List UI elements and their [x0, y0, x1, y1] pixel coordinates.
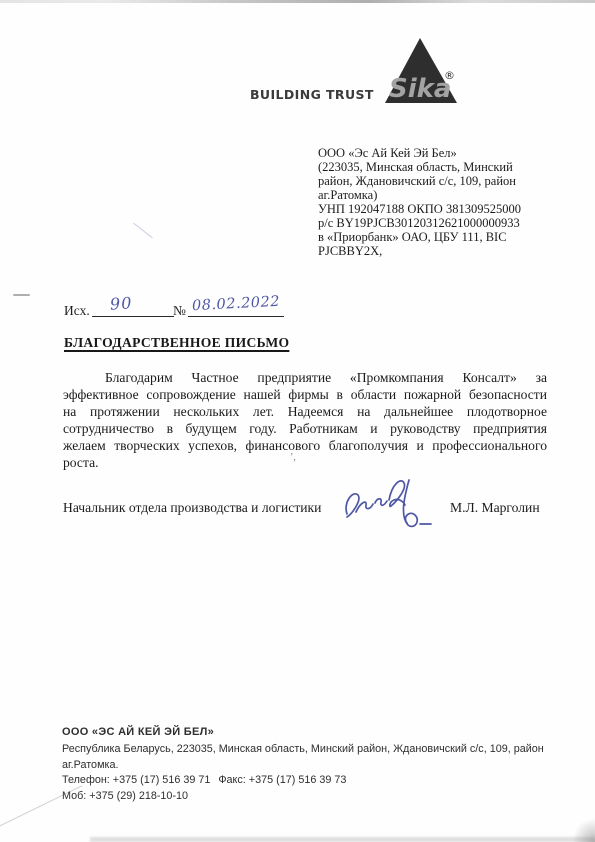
- footer-company-name: ООО «ЭС АЙ КЕЙ ЭЙ БЕЛ»: [62, 726, 562, 738]
- scan-bottom-edge-artifact: [90, 837, 595, 842]
- footer-phone: Телефон: +375 (17) 516 39 71: [62, 774, 210, 786]
- footer-phone-fax-line: Телефон: +375 (17) 516 39 71Факс: +375 (…: [62, 773, 562, 789]
- letter-title: БЛАГОДАРСТВЕННОЕ ПИСЬМО: [64, 335, 289, 351]
- registered-trademark-icon: ®: [444, 69, 455, 82]
- number-sign-label: №: [173, 303, 186, 319]
- handwritten-date: 08.02.2022: [192, 294, 281, 315]
- letter-body-paragraph: Благодарим Частное предприятие «Промкомп…: [63, 369, 547, 471]
- sender-line: р/с BY19PJCB30120312621000000933: [318, 216, 564, 230]
- scanned-letter-page: ’, BUILDING TRUST Sika ® ООО «Эс Ай Кей …: [0, 0, 595, 842]
- building-trust-tagline: BUILDING TRUST: [250, 87, 374, 102]
- handwritten-outgoing-number: 90: [109, 293, 133, 314]
- pen-scratch-mark: [133, 223, 153, 239]
- sender-requisites-block: ООО «Эс Ай Кей Эй Бел» (223035, Минская …: [318, 146, 564, 258]
- signatory-position: Начальник отдела производства и логистик…: [63, 500, 321, 516]
- sika-logo-icon: Sika ®: [382, 36, 462, 106]
- scan-corner-smudge: [572, 818, 595, 842]
- scan-top-edge-artifact: [0, 0, 595, 3]
- footer-fax: Факс: +375 (17) 516 39 73: [218, 774, 346, 786]
- sender-line: УНП 192047188 ОКПО 381309525000: [318, 202, 564, 216]
- footer-address: Республика Беларусь, 223035, Минская обл…: [62, 742, 562, 773]
- sender-line: (223035, Минская область, Минский: [318, 160, 564, 174]
- sender-line: PJCBBY2X,: [318, 244, 564, 258]
- footer-mobile: Моб: +375 (29) 218-10-10: [62, 789, 562, 805]
- sender-line: ООО «Эс Ай Кей Эй Бел»: [318, 146, 564, 160]
- sender-line: район, Ждановичский с/с, 109, район: [318, 174, 564, 188]
- signatory-name: М.Л. Марголин: [450, 500, 540, 516]
- outgoing-label: Исх.: [64, 303, 90, 319]
- scan-dash-mark: [13, 294, 30, 296]
- sender-line: в «Приорбанк» ОАО, ЦБУ 111, BIC: [318, 230, 564, 244]
- handwritten-signature-icon: [340, 472, 440, 536]
- date-underline: [188, 316, 284, 317]
- footer-requisites-block: ООО «ЭС АЙ КЕЙ ЭЙ БЕЛ» Республика Белару…: [62, 726, 562, 804]
- sender-line: аг.Ратомка): [318, 188, 564, 202]
- logo-wordmark: Sika: [389, 74, 451, 104]
- reference-line: Исх. 90 № 08.02.2022: [64, 298, 324, 322]
- outgoing-number-underline: [92, 316, 174, 317]
